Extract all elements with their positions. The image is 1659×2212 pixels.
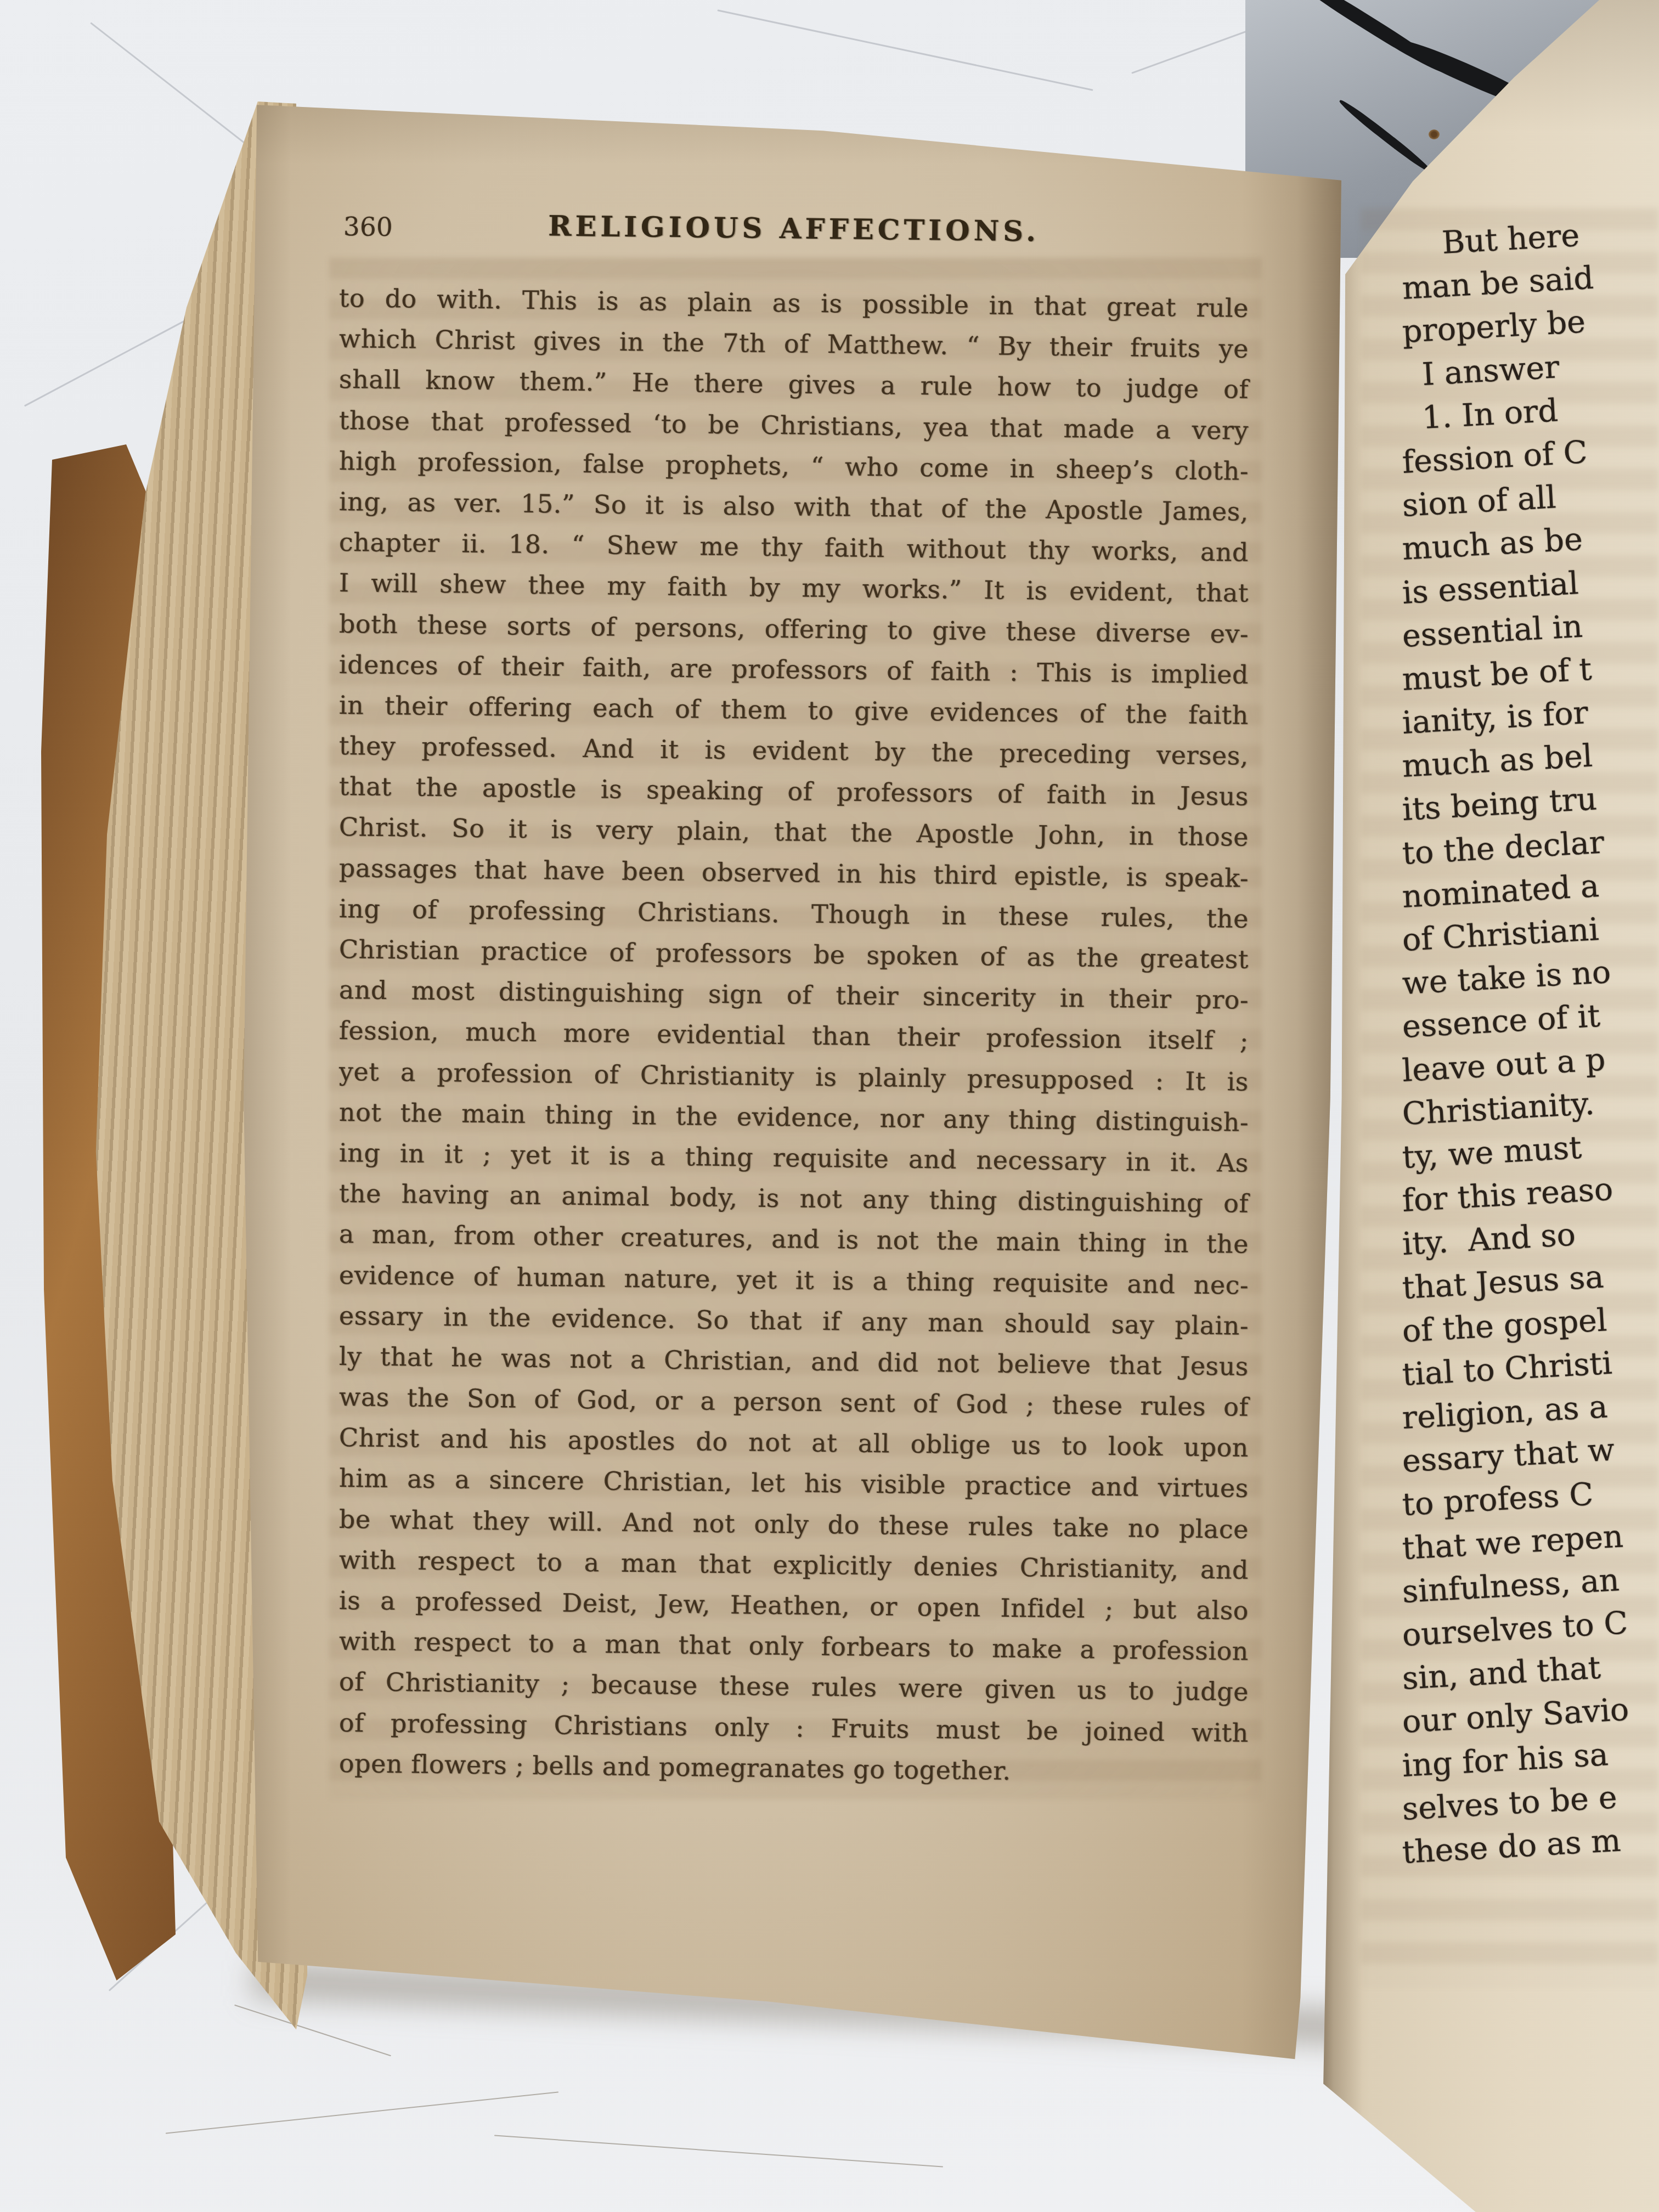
right-page-text: But hereman be saidproperly be I answer … — [1402, 224, 1659, 1875]
hair-strand — [166, 2091, 558, 2134]
wormhole-speck — [1429, 129, 1440, 139]
left-page-text: to do with. This is as plain as is possi… — [339, 278, 1249, 1784]
photo-of-open-book: { "book": { "left_page": { "page_number"… — [0, 0, 1659, 2212]
running-title: RELIGIOUS AFFECTIONS. — [339, 207, 1249, 251]
scratch-line — [717, 9, 1093, 91]
hair-strand — [494, 2135, 943, 2167]
black-mark — [1337, 97, 1433, 175]
black-mark — [1288, 0, 1449, 77]
hair-strand — [234, 2005, 391, 2057]
